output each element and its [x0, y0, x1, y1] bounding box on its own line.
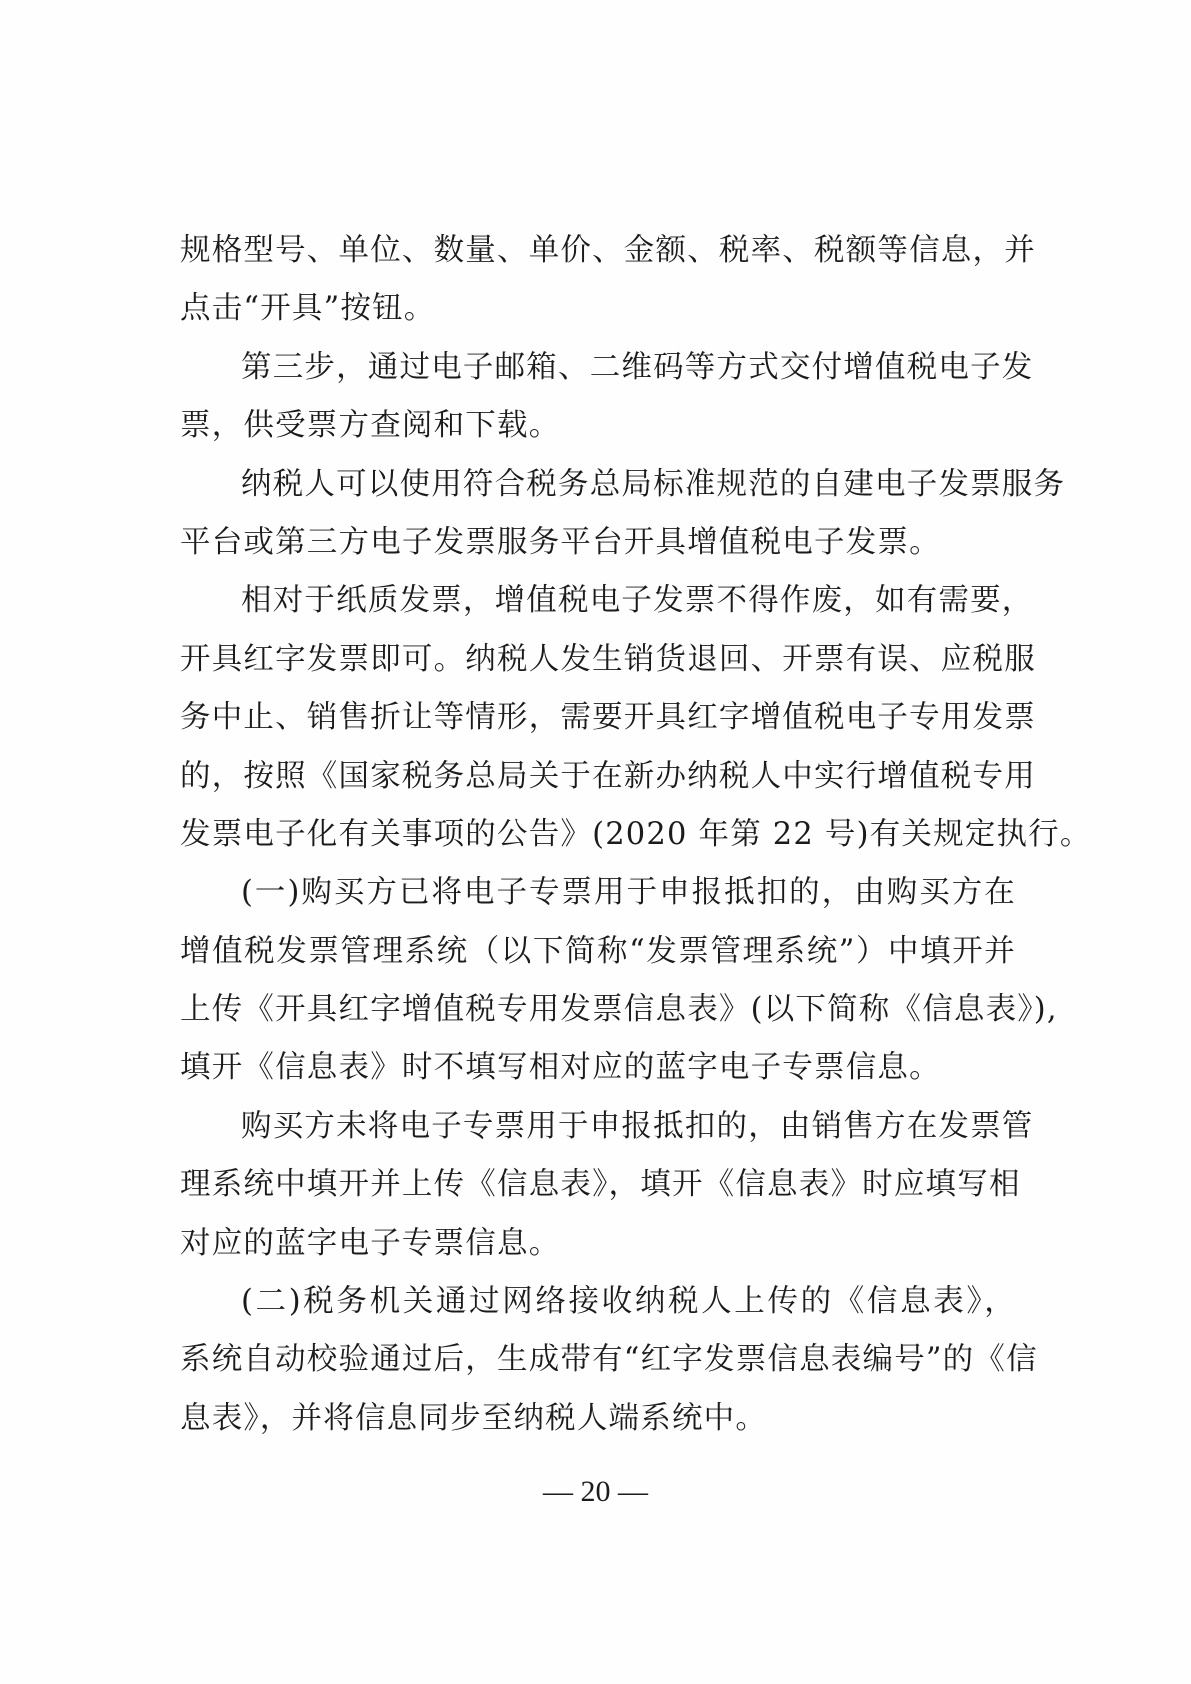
paragraph-2-line-1: 第三步，通过电子邮箱、二维码等方式交付增值税电子发 — [180, 339, 1016, 397]
paragraph-4-line-4: 的，按照《国家税务总局关于在新办纳税人中实行增值税专用 — [180, 748, 1016, 806]
paragraph-5-line-3: 上传《开具红字增值税专用发票信息表》(以下简称《信息表》), — [180, 981, 1016, 1039]
paragraph-1-line-1: 规格型号、单位、数量、单价、金额、税率、税额等信息，并 — [180, 222, 1016, 280]
paragraph-6-line-3: 对应的蓝字电子专票信息。 — [180, 1215, 1016, 1273]
paragraph-2-line-2: 票，供受票方查阅和下载。 — [180, 397, 1016, 455]
paragraph-3-line-2: 平台或第三方电子发票服务平台开具增值税电子发票。 — [180, 514, 1016, 572]
paragraph-7-line-3: 息表》，并将信息同步至纳税人端系统中。 — [180, 1390, 1016, 1448]
paragraph-4-line-5: 发票电子化有关事项的公告》(2020 年第 22 号)有关规定执行。 — [180, 806, 1016, 864]
paragraph-7-line-1: (二)税务机关通过网络接收纳税人上传的《信息表》， — [180, 1273, 1016, 1331]
paragraph-3-line-1: 纳税人可以使用符合税务总局标准规范的自建电子发票服务 — [180, 456, 1016, 514]
paragraph-4-line-1: 相对于纸质发票，增值税电子发票不得作废，如有需要， — [180, 572, 1016, 630]
paragraph-1-line-2: 点击“开具”按钮。 — [180, 280, 1016, 338]
paragraph-4-line-2: 开具红字发票即可。纳税人发生销货退回、开票有误、应税服 — [180, 631, 1016, 689]
paragraph-5-line-1: (一)购买方已将电子专票用于申报抵扣的，由购买方在 — [180, 864, 1016, 922]
document-body: 规格型号、单位、数量、单价、金额、税率、税额等信息，并 点击“开具”按钮。 第三… — [180, 222, 1016, 1448]
paragraph-4-line-3: 务中止、销售折让等情形，需要开具红字增值税电子专用发票 — [180, 689, 1016, 747]
page-number: — 20 — — [0, 1475, 1191, 1509]
paragraph-6-line-2: 理系统中填开并上传《信息表》，填开《信息表》时应填写相 — [180, 1156, 1016, 1214]
document-page: 规格型号、单位、数量、单价、金额、税率、税额等信息，并 点击“开具”按钮。 第三… — [0, 0, 1191, 1684]
paragraph-5-line-4: 填开《信息表》时不填写相对应的蓝字电子专票信息。 — [180, 1039, 1016, 1097]
paragraph-5-line-2: 增值税发票管理系统（以下简称“发票管理系统”）中填开并 — [180, 923, 1016, 981]
paragraph-7-line-2: 系统自动校验通过后，生成带有“红字发票信息表编号”的《信 — [180, 1331, 1016, 1389]
paragraph-6-line-1: 购买方未将电子专票用于申报抵扣的，由销售方在发票管 — [180, 1098, 1016, 1156]
